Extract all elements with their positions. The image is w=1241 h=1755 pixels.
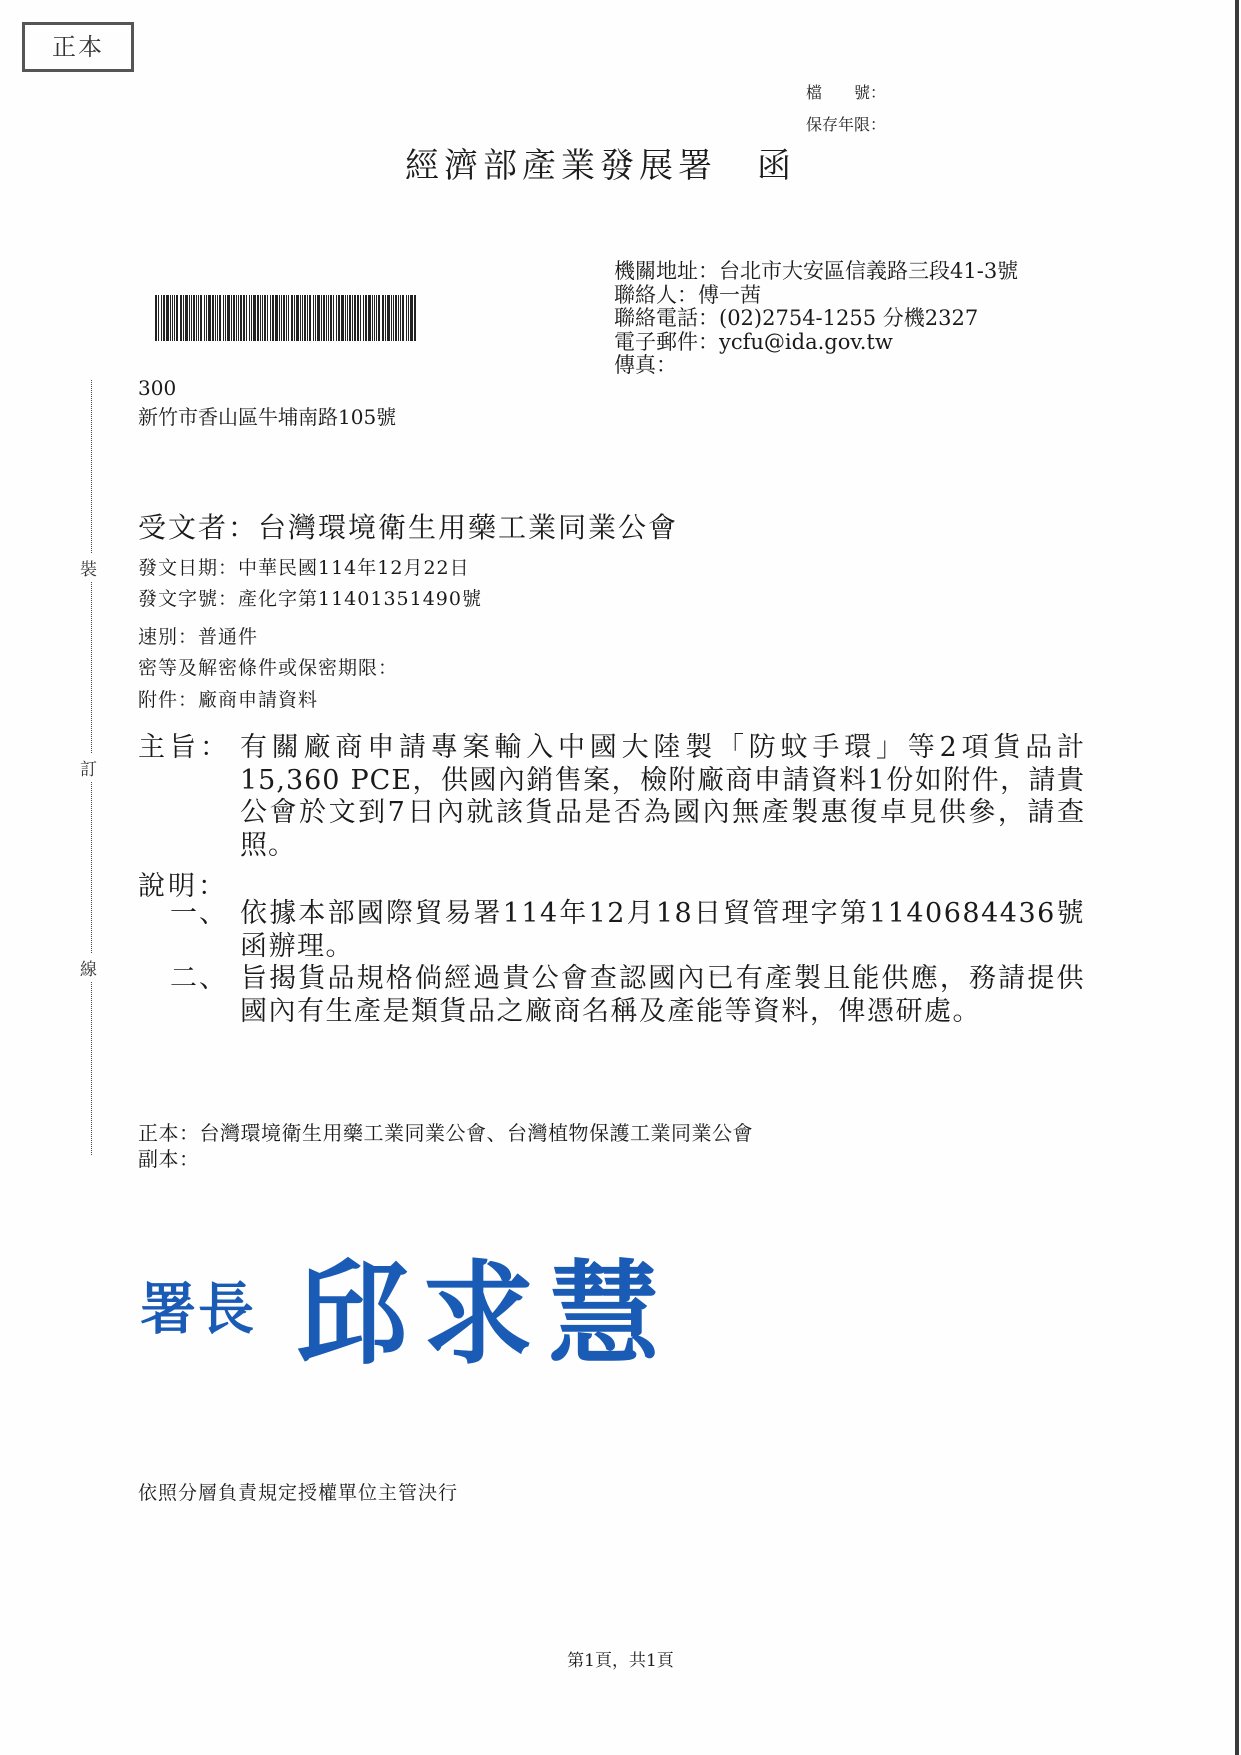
binding-mark-zhuang: 裝	[80, 553, 97, 582]
mailing-address: 新竹市香山區牛埔南路105號	[138, 401, 396, 430]
original-recipients: 正本：台灣環境衛生用藥工業同業公會、台灣植物保護工業同業公會	[138, 1117, 753, 1146]
binding-mark-ding: 訂	[80, 753, 97, 782]
contact-email: 電子郵件：ycfu@ida.gov.tw	[614, 331, 1018, 355]
subject-label: 主旨：	[138, 732, 231, 765]
delegation-note: 依照分層負責規定授權單位主管決行	[138, 1478, 458, 1505]
signature-name: 邱求慧	[296, 1249, 674, 1380]
barcode	[155, 295, 420, 341]
signature-seal: 署長邱求慧	[140, 1225, 674, 1386]
explanation-text: 依據本部國際貿易署114年12月18日貿管理字第1140684436號函辦理。	[240, 898, 1085, 963]
scan-edge-line	[1235, 0, 1239, 1755]
file-number-label: 檔 號：	[806, 80, 886, 103]
agency-name: 經濟部產業發展署	[405, 146, 717, 186]
signature-role: 署長	[140, 1277, 256, 1343]
contact-phone: 聯絡電話：(02)2754-1255 分機2327	[614, 307, 1018, 331]
retention-label: 保存年限：	[806, 112, 886, 135]
issue-date: 發文日期：中華民國114年12月22日	[138, 553, 470, 580]
priority: 速別：普通件	[138, 622, 258, 649]
document-title: 經濟部產業發展署函	[405, 138, 796, 187]
explanation-text: 旨揭貨品規格倘經過貴公會查認國內已有產製且能供應，務請提供國內有生產是類貨品之廠…	[240, 963, 1085, 1028]
explanation-number: 一、	[170, 898, 228, 931]
explanation-number: 二、	[170, 963, 228, 996]
document-type: 函	[757, 146, 796, 186]
recipient: 受文者：台灣環境衛生用藥工業同業公會	[138, 506, 678, 546]
agency-contact-block: 機關地址：台北市大安區信義路三段41-3號 聯絡人：傅一茜 聯絡電話：(02)2…	[614, 260, 1018, 378]
contact-fax: 傳真：	[614, 354, 1018, 378]
classification: 密等及解密條件或保密期限：	[138, 653, 398, 680]
contact-person: 聯絡人：傅一茜	[614, 284, 1018, 308]
postal-code: 300	[138, 376, 176, 400]
attachment: 附件：廠商申請資料	[138, 685, 318, 712]
page-number: 第1頁，共1頁	[0, 1646, 1241, 1671]
agency-address: 機關地址：台北市大安區信義路三段41-3號	[614, 260, 1018, 284]
document-number: 發文字號：產化字第11401351490號	[138, 584, 482, 611]
copy-recipients: 副本：	[138, 1143, 200, 1172]
binding-mark-xian: 線	[80, 953, 97, 982]
subject-text: 有關廠商申請專案輸入中國大陸製「防蚊手環」等2項貨品計15,360 PCE，供國…	[240, 732, 1085, 862]
copy-stamp: 正本	[22, 22, 134, 72]
